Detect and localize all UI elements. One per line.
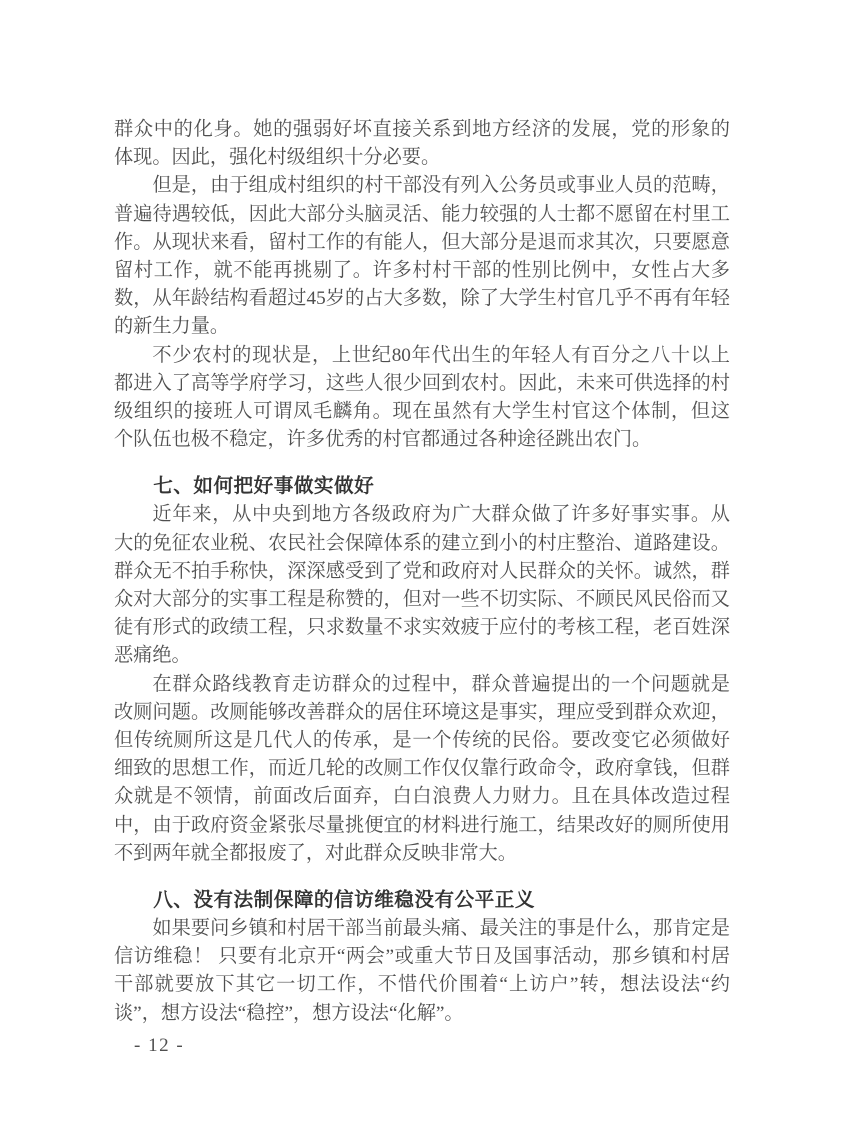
text-line: 群众中的化身。她的强弱好坏直接关系到地方经济的发展，党的形象的 [114,116,730,144]
text-line: 群众无不拍手称快，深深感受到了党和政府对人民群众的关怀。诚然，群 [114,558,730,586]
paragraph: 不少农村的现状是，上世纪80年代出生的年轻人有百分之八十以上都进入了高等学府学习… [114,342,730,455]
section-heading: 八、没有法制保障的信访维稳没有公平正义 [114,887,730,915]
text-line: 改厕问题。改厕能够改善群众的居住环境这是事实，理应受到群众欢迎， [114,699,730,727]
text-line: 细致的思想工作，而近几轮的改厕工作仅仅靠行政命令，政府拿钱，但群 [114,755,730,783]
text-line: 众对大部分的实事工程是称赞的，但对一些不切实际、不顾民风民俗而又 [114,586,730,614]
paragraph: 但是，由于组成村组织的村干部没有列入公务员或事业人员的范畴，普遍待遇较低，因此大… [114,172,730,341]
text-line: 在群众路线教育走访群众的过程中，群众普遍提出的一个问题就是 [114,671,730,699]
text-line: 不少农村的现状是，上世纪80年代出生的年轻人有百分之八十以上 [114,342,730,370]
text-line: 信访维稳！ 只要有北京开“两会”或重大节日及国事活动，那乡镇和村居 [114,943,730,971]
text-line: 作。从现状来看，留村工作的有能人，但大部分是退而求其次，只要愿意 [114,229,730,257]
text-line: 数，从年龄结构看超过45岁的占大多数，除了大学生村官几乎不再有年轻 [114,285,730,313]
text-line: 的新生力量。 [114,313,730,341]
text-line: 近年来，从中央到地方各级政府为广大群众做了许多好事实事。从 [114,501,730,529]
text-line: 体现。因此，强化村级组织十分必要。 [114,144,730,172]
section-heading: 七、如何把好事做实做好 [114,473,730,501]
text-line: 普遍待遇较低，因此大部分头脑灵活、能力较强的人士都不愿留在村里工 [114,201,730,229]
text-line: 但是，由于组成村组织的村干部没有列入公务员或事业人员的范畴， [114,172,730,200]
paragraph: 近年来，从中央到地方各级政府为广大群众做了许多好事实事。从大的免征农业税、农民社… [114,501,730,670]
text-line: 留村工作，就不能再挑剔了。许多村村干部的性别比例中，女性占大多 [114,257,730,285]
text-line: 干部就要放下其它一切工作，不惜代价围着“上访户”转，想法设法“约 [114,971,730,999]
document-page: 群众中的化身。她的强弱好坏直接关系到地方经济的发展，党的形象的体现。因此，强化村… [0,0,850,1146]
text-line: 个队伍也极不稳定，许多优秀的村官都通过各种途径跳出农门。 [114,426,730,454]
text-line: 众就是不领情，前面改后面弃，白白浪费人力财力。且在具体改造过程 [114,783,730,811]
text-line: 徒有形式的政绩工程，只求数量不求实效疲于应付的考核工程，老百姓深 [114,614,730,642]
paragraph: 如果要问乡镇和村居干部当前最头痛、最关注的事是什么，那肯定是信访维稳！ 只要有北… [114,915,730,1028]
paragraph: 在群众路线教育走访群众的过程中，群众普遍提出的一个问题就是改厕问题。改厕能够改善… [114,671,730,868]
text-line: 级组织的接班人可谓凤毛麟角。现在虽然有大学生村官这个体制，但这 [114,398,730,426]
text-line: 大的免征农业税、农民社会保障体系的建立到小的村庄整治、道路建设。 [114,530,730,558]
paragraph: 群众中的化身。她的强弱好坏直接关系到地方经济的发展，党的形象的体现。因此，强化村… [114,116,730,172]
text-line: 但传统厕所这是几代人的传承，是一个传统的民俗。要改变它必须做好 [114,727,730,755]
text-line: 恶痛绝。 [114,642,730,670]
text-line: 谈”，想方设法“稳控”，想方设法“化解”。 [114,1000,730,1028]
text-line: 都进入了高等学府学习，这些人很少回到农村。因此，未来可供选择的村 [114,370,730,398]
page-number: - 12 - [134,1034,184,1058]
text-content: 群众中的化身。她的强弱好坏直接关系到地方经济的发展，党的形象的体现。因此，强化村… [114,116,730,1028]
text-line: 不到两年就全都报废了，对此群众反映非常大。 [114,840,730,868]
text-line: 如果要问乡镇和村居干部当前最头痛、最关注的事是什么，那肯定是 [114,915,730,943]
text-line: 中，由于政府资金紧张尽量挑便宜的材料进行施工，结果改好的厕所使用 [114,812,730,840]
